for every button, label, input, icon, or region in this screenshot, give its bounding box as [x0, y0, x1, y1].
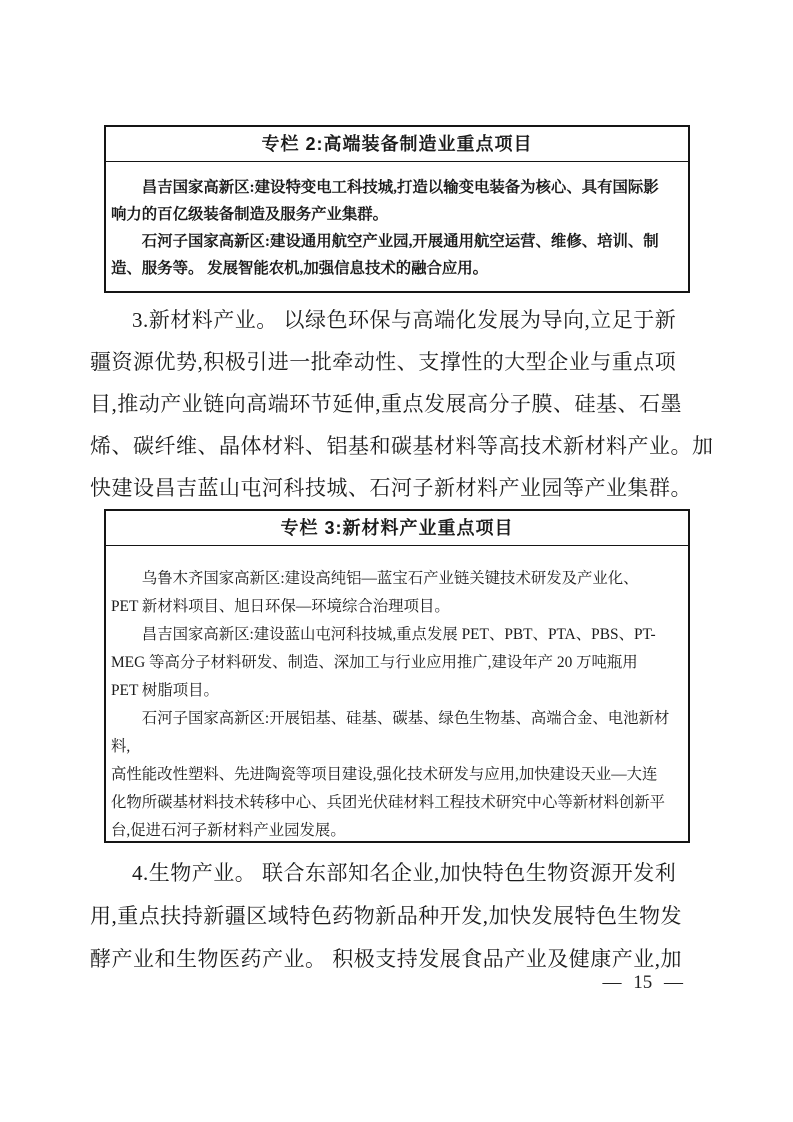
page-number: — 15 —	[603, 972, 684, 994]
column-3-paragraph-urumqi: 乌鲁木齐国家高新区:建设高纯铝—蓝宝石产业链关键技术研发及产业化、 PET 新材…	[111, 565, 683, 621]
column-2-paragraph-shihezi: 石河子国家高新区:建设通用航空产业园,开展通用航空运营、维修、培训、制 造、服务…	[111, 228, 683, 282]
feature-box-column-3: 专栏 3:新材料产业重点项目 乌鲁木齐国家高新区:建设高纯铝—蓝宝石产业链关键技…	[104, 509, 690, 843]
column-3-paragraph-changji: 昌吉国家高新区:建设蓝山屯河科技城,重点发展 PET、PBT、PTA、PBS、P…	[111, 621, 683, 705]
feature-box-column-2: 专栏 2:高端装备制造业重点项目 昌吉国家高新区:建设特变电工科技城,打造以输变…	[104, 125, 690, 293]
column-3-title: 专栏 3:新材料产业重点项目	[106, 511, 688, 546]
column-3-paragraph-shihezi: 石河子国家高新区:开展铝基、硅基、碳基、绿色生物基、高端合金、电池新材料, 高性…	[111, 705, 683, 845]
document-page: 专栏 2:高端装备制造业重点项目 昌吉国家高新区:建设特变电工科技城,打造以输变…	[0, 0, 793, 1122]
paragraph-bio-industry: 4.生物产业。 联合东部知名企业,加快特色生物资源开发利 用,重点扶持新疆区域特…	[90, 852, 730, 981]
paragraph-new-materials-industry: 3.新材料产业。 以绿色环保与高端化发展为导向,立足于新 疆资源优势,积极引进一…	[90, 299, 730, 509]
column-2-paragraph-changji: 昌吉国家高新区:建设特变电工科技城,打造以输变电装备为核心、具有国际影 响力的百…	[111, 174, 683, 228]
column-2-title: 专栏 2:高端装备制造业重点项目	[106, 127, 688, 162]
column-2-body: 昌吉国家高新区:建设特变电工科技城,打造以输变电装备为核心、具有国际影 响力的百…	[106, 162, 688, 282]
column-3-body: 乌鲁木齐国家高新区:建设高纯铝—蓝宝石产业链关键技术研发及产业化、 PET 新材…	[106, 546, 688, 845]
